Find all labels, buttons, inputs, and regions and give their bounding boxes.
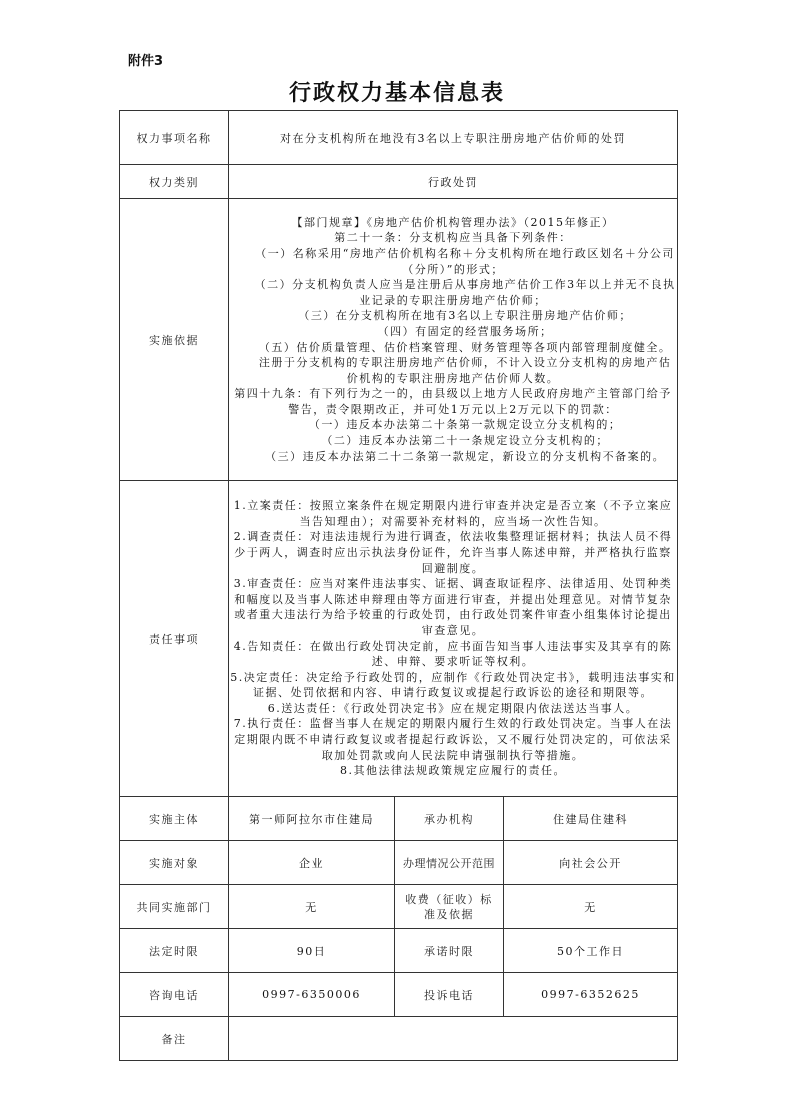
- subject-value: 第一师阿拉尔市住建局: [229, 797, 395, 841]
- row-remark: 备注: [120, 1017, 678, 1061]
- attachment-label: 附件3: [128, 50, 163, 69]
- row-basis: 实施依据 【部门规章】《房地产估价机构管理办法》（2015年修正） 第二十一条：…: [120, 199, 678, 481]
- basis-line: 第四十九条：有下列行为之一的，由县级以上地方人民政府房地产主管部门给予警告，责令…: [229, 386, 677, 417]
- responsibility-line: 4.告知责任：在做出行政处罚决定前，应书面告知当事人违法事实及其享有的陈述、申辩…: [229, 639, 677, 670]
- responsibility-line: 2.调查责任：对违法违规行为进行调查，依法收集整理证据材料；执法人员不得少于两人…: [229, 529, 677, 576]
- basis-line: （五）估价质量管理、估价档案管理、财务管理等各项内部管理制度健全。: [229, 340, 677, 356]
- responsibility-line: 3.审查责任：应当对案件违法事实、证据、调查取证程序、法律适用、处罚种类和幅度以…: [229, 576, 677, 638]
- power-name-value: 对在分支机构所在地没有3名以上专职注册房地产估价师的处罚: [229, 111, 678, 165]
- joint-dept-label: 共同实施部门: [120, 885, 229, 929]
- complaint-phone-value: 0997-6352625: [504, 973, 678, 1017]
- disclosure-scope-label: 办理情况公开范围: [395, 841, 504, 885]
- admin-power-info-table: 权力事项名称 对在分支机构所在地没有3名以上专职注册房地产估价师的处罚 权力类别…: [119, 110, 678, 1061]
- promised-time-limit-value: 50个工作日: [504, 929, 678, 973]
- complaint-phone-label: 投诉电话: [395, 973, 504, 1017]
- row-responsibility: 责任事项 1.立案责任：按照立案条件在规定期限内进行审查并决定是否立案（不予立案…: [120, 481, 678, 797]
- document-title: 行政权力基本信息表: [0, 76, 794, 107]
- consult-phone-label: 咨询电话: [120, 973, 229, 1017]
- power-name-label: 权力事项名称: [120, 111, 229, 165]
- joint-dept-value: 无: [229, 885, 395, 929]
- power-category-label: 权力类别: [120, 165, 229, 199]
- fee-standard-label: 收费（征收）标准及依据: [395, 885, 504, 929]
- basis-line: 【部门规章】《房地产估价机构管理办法》（2015年修正）: [229, 215, 677, 231]
- handling-agency-label: 承办机构: [395, 797, 504, 841]
- remark-label: 备注: [120, 1017, 229, 1061]
- responsibility-content: 1.立案责任：按照立案条件在规定期限内进行审查并决定是否立案（不予立案应当告知理…: [229, 481, 678, 797]
- responsibility-label: 责任事项: [120, 481, 229, 797]
- subject-label: 实施主体: [120, 797, 229, 841]
- consult-phone-value: 0997-6350006: [229, 973, 395, 1017]
- basis-line: （二）违反本办法第二十一条规定设立分支机构的；: [229, 433, 677, 449]
- basis-line: （四）有固定的经营服务场所；: [229, 324, 677, 340]
- promised-time-limit-label: 承诺时限: [395, 929, 504, 973]
- target-label: 实施对象: [120, 841, 229, 885]
- remark-value: [229, 1017, 678, 1061]
- handling-agency-value: 住建局住建科: [504, 797, 678, 841]
- basis-label: 实施依据: [120, 199, 229, 481]
- row-power-category: 权力类别 行政处罚: [120, 165, 678, 199]
- row-joint: 共同实施部门 无 收费（征收）标准及依据 无: [120, 885, 678, 929]
- power-category-value: 行政处罚: [229, 165, 678, 199]
- responsibility-line: 5.决定责任：决定给予行政处罚的，应制作《行政处罚决定书》，载明违法事实和证据、…: [229, 670, 677, 701]
- row-phone: 咨询电话 0997-6350006 投诉电话 0997-6352625: [120, 973, 678, 1017]
- basis-line: （一）违反本办法第二十条第一款规定设立分支机构的；: [229, 417, 677, 433]
- basis-line: （一）名称采用“房地产估价机构名称＋分支机构所在地行政区划名＋分公司（分所）”的…: [229, 246, 677, 277]
- row-subject: 实施主体 第一师阿拉尔市住建局 承办机构 住建局住建科: [120, 797, 678, 841]
- basis-line: 注册于分支机构的专职注册房地产估价师，不计入设立分支机构的房地产估价机构的专职注…: [229, 355, 677, 386]
- basis-content: 【部门规章】《房地产估价机构管理办法》（2015年修正） 第二十一条：分支机构应…: [229, 199, 678, 481]
- row-power-name: 权力事项名称 对在分支机构所在地没有3名以上专职注册房地产估价师的处罚: [120, 111, 678, 165]
- responsibility-line: 1.立案责任：按照立案条件在规定期限内进行审查并决定是否立案（不予立案应当告知理…: [229, 498, 677, 529]
- responsibility-line: 8.其他法律法规政策规定应履行的责任。: [229, 763, 677, 779]
- row-target: 实施对象 企业 办理情况公开范围 向社会公开: [120, 841, 678, 885]
- basis-line: （三）违反本办法第二十二条第一款规定，新设立的分支机构不备案的。: [229, 449, 677, 465]
- target-value: 企业: [229, 841, 395, 885]
- legal-time-limit-label: 法定时限: [120, 929, 229, 973]
- disclosure-scope-value: 向社会公开: [504, 841, 678, 885]
- basis-line: （三）在分支机构所在地有3名以上专职注册房地产估价师；: [229, 308, 677, 324]
- responsibility-line: 7.执行责任：监督当事人在规定的期限内履行生效的行政处罚决定。当事人在法定期限内…: [229, 716, 677, 763]
- legal-time-limit-value: 90日: [229, 929, 395, 973]
- fee-standard-value: 无: [504, 885, 678, 929]
- row-time-limit: 法定时限 90日 承诺时限 50个工作日: [120, 929, 678, 973]
- responsibility-line: 6.送达责任：《行政处罚决定书》应在规定期限内依法送达当事人。: [229, 701, 677, 717]
- basis-line: 第二十一条：分支机构应当具备下列条件：: [229, 230, 677, 246]
- basis-line: （二）分支机构负责人应当是注册后从事房地产估价工作3年以上并无不良执业记录的专职…: [229, 277, 677, 308]
